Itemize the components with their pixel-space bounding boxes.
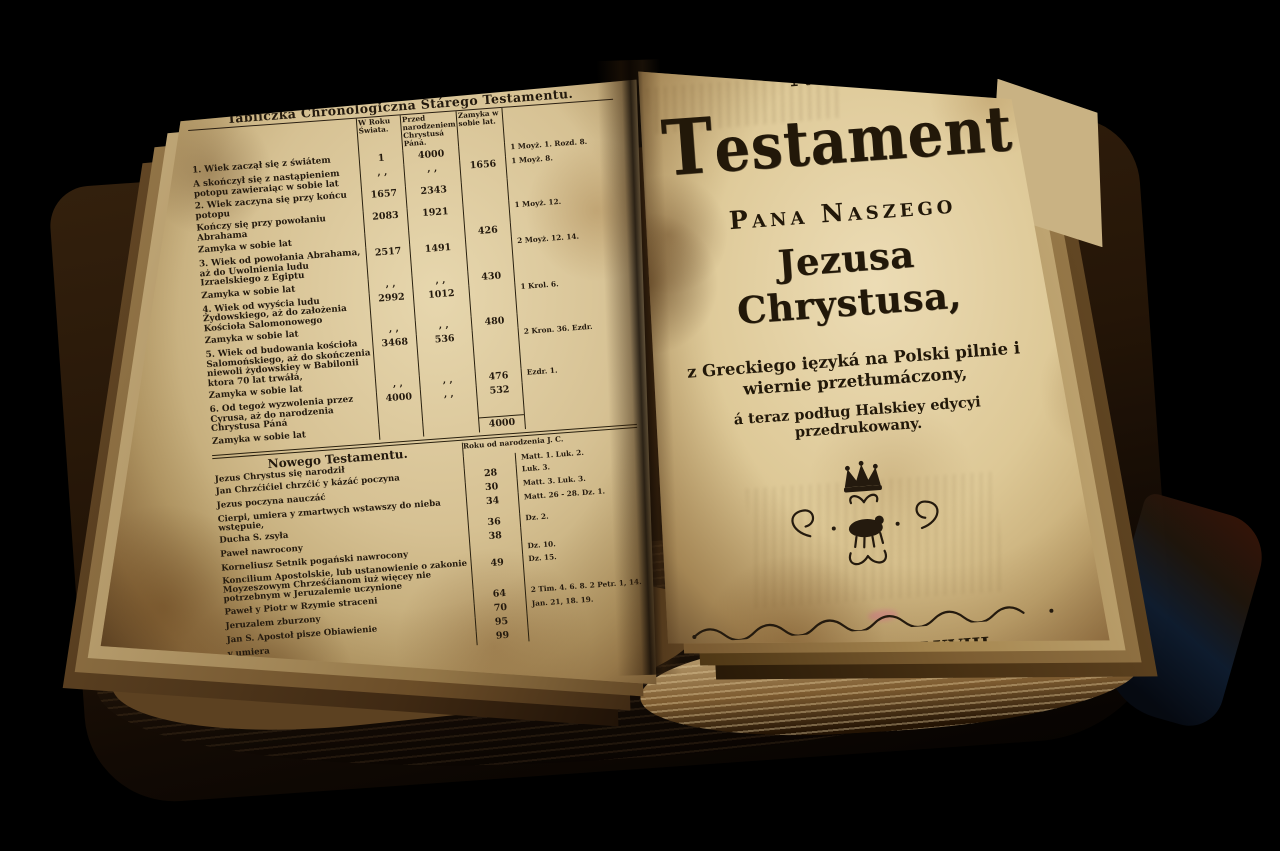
crown-and-lamb-ornament xyxy=(675,446,1055,595)
year-of-world-value: 3468 xyxy=(372,335,419,379)
title-line-jezusa-chrystusa: Jezusa Chrystusa, xyxy=(659,223,1036,338)
year-value: 49 xyxy=(470,554,524,589)
year-of-world-value: 4000 xyxy=(376,390,422,425)
contains-years-value xyxy=(465,237,513,272)
floral-cartouche-icon xyxy=(791,490,941,568)
column-header-contains-years: Zamyka w sobie lat. xyxy=(456,108,504,146)
crown-lamb-cartouche-icon xyxy=(771,453,959,584)
year-of-world-value: 2992 xyxy=(369,290,415,325)
contains-years-value xyxy=(472,327,521,371)
chronological-table: Tabliczka Chronologiczna Stárego Testame… xyxy=(187,83,652,663)
crown-icon xyxy=(842,459,882,492)
before-christ-value: , , xyxy=(420,386,478,422)
before-christ-value: 536 xyxy=(416,331,475,376)
before-christ-value xyxy=(422,417,479,436)
column-header-world-year: W Roku Świata. xyxy=(356,115,402,153)
year-of-world-value xyxy=(378,421,423,439)
column-header-before-christ: Przed narodzeniem Chrystusá Páná. xyxy=(400,111,458,150)
contains-years-value: 4000 xyxy=(478,414,525,432)
before-christ-value: 1012 xyxy=(412,285,470,321)
before-christ-value: 1491 xyxy=(409,240,467,276)
contains-years-value: 532 xyxy=(476,382,524,417)
title-page: Nowy Testament Pana Naszego Jezusa Chrys… xyxy=(646,47,1061,677)
old-testament-rows: 1. Wiek zaczął się z świátem 1 4000 1 Mo… xyxy=(191,135,637,452)
contains-years-value xyxy=(468,282,516,317)
year-value: 99 xyxy=(476,627,529,645)
year-of-world-value: 2517 xyxy=(365,244,411,279)
photo-of-open-antique-book: Tabliczka Chronologiczna Stárego Testame… xyxy=(0,0,1280,851)
left-page: Tabliczka Chronologiczna Stárego Testame… xyxy=(95,70,665,710)
new-testament-rows: Jezus Chrystus się narodził Matt. 1. Luk… xyxy=(213,443,652,663)
